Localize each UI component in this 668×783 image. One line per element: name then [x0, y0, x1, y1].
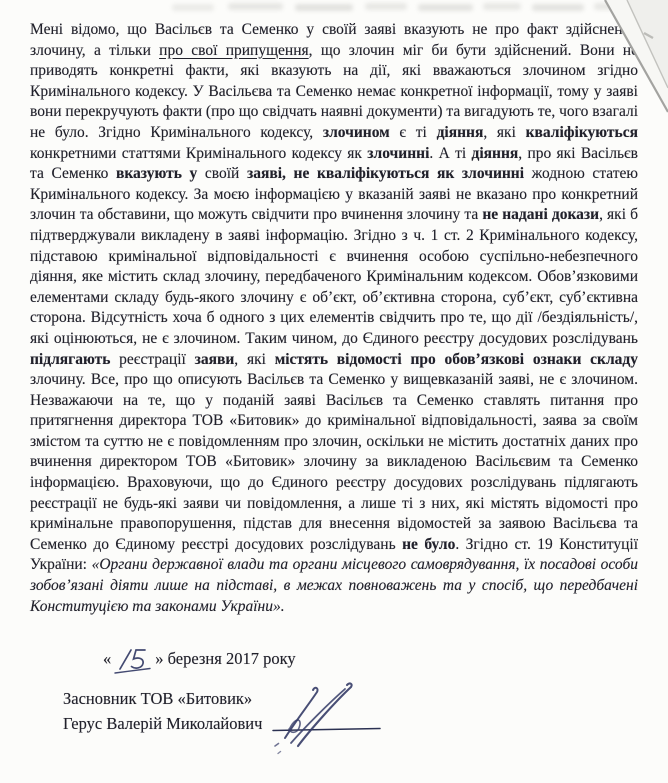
text-segment: діяння	[437, 124, 484, 141]
handwritten-digit-5	[132, 650, 146, 668]
date-line: « » березня 2017 року	[103, 644, 296, 674]
signature-dot	[278, 752, 281, 754]
text-segment: конкретними статтями Кримінального кодек…	[30, 145, 367, 162]
fold-speck	[644, 33, 653, 38]
signatory-name: Герус Валерій Миколайович	[63, 711, 262, 736]
text-segment: кваліфікуються	[526, 124, 638, 141]
bleedthrough-mark	[228, 3, 283, 10]
signature-baseline	[273, 729, 380, 731]
text-segment: вказують у	[116, 165, 197, 182]
handwritten-digit-1	[120, 650, 131, 669]
signature-stroke	[285, 688, 318, 738]
text-segment: . А ті	[429, 145, 471, 162]
text-segment: , які б підтверджували викладену в заяві…	[30, 206, 638, 347]
text-segment: , які	[483, 124, 525, 141]
date-open-quote: «	[103, 649, 111, 669]
signature-strokes	[255, 672, 390, 767]
bleedthrough-mark	[483, 3, 521, 10]
text-segment: містять відомості про обов’язкові ознаки…	[275, 351, 638, 368]
text-segment: діяння	[471, 145, 518, 162]
bleedthrough-mark	[295, 4, 353, 11]
bleedthrough-mark	[172, 4, 214, 11]
signature-loop	[289, 720, 300, 732]
text-segment: , які	[234, 351, 274, 368]
signature-stroke	[298, 684, 352, 746]
signature-dot	[275, 744, 279, 747]
date-suffix: » березня 2017 року	[155, 649, 295, 669]
bleedthrough-mark	[640, 4, 662, 11]
text-segment: «Органи державної влади та органи місцев…	[30, 556, 638, 614]
text-segment: є ті	[390, 124, 437, 141]
signatory-title: Засновник ТОВ «Битовик»	[63, 686, 262, 711]
bleedthrough-mark	[418, 4, 473, 11]
text-segment: реєстрації	[110, 351, 194, 368]
signature-block: Засновник ТОВ «Битовик» Герус Валерій Ми…	[63, 686, 262, 736]
bleedthrough-artifacts	[0, 0, 668, 18]
text-segment: своїй	[197, 165, 247, 182]
handwritten-day	[112, 646, 154, 676]
bleedthrough-mark	[532, 4, 584, 11]
bleedthrough-mark	[365, 3, 407, 10]
signature-stroke	[291, 689, 345, 743]
text-segment: про свої припущення	[159, 42, 308, 59]
text-segment: підлягають	[30, 351, 110, 368]
bleedthrough-mark	[594, 3, 634, 10]
scanned-document-page: Мені відомо, що Васільєв та Семенко у св…	[0, 0, 668, 783]
text-segment: злочинні	[367, 145, 429, 162]
text-segment: не надані докази	[482, 206, 599, 223]
text-segment: заяві, не кваліфікуються як злочинні	[247, 165, 524, 182]
document-body: Мені відомо, що Васільєв та Семенко у св…	[30, 20, 638, 617]
text-segment: злочином	[323, 124, 390, 141]
text-segment: злочину. Все, про що описують Васільєв т…	[30, 371, 638, 553]
text-segment: заяви	[195, 351, 235, 368]
text-segment: не було	[402, 536, 455, 553]
